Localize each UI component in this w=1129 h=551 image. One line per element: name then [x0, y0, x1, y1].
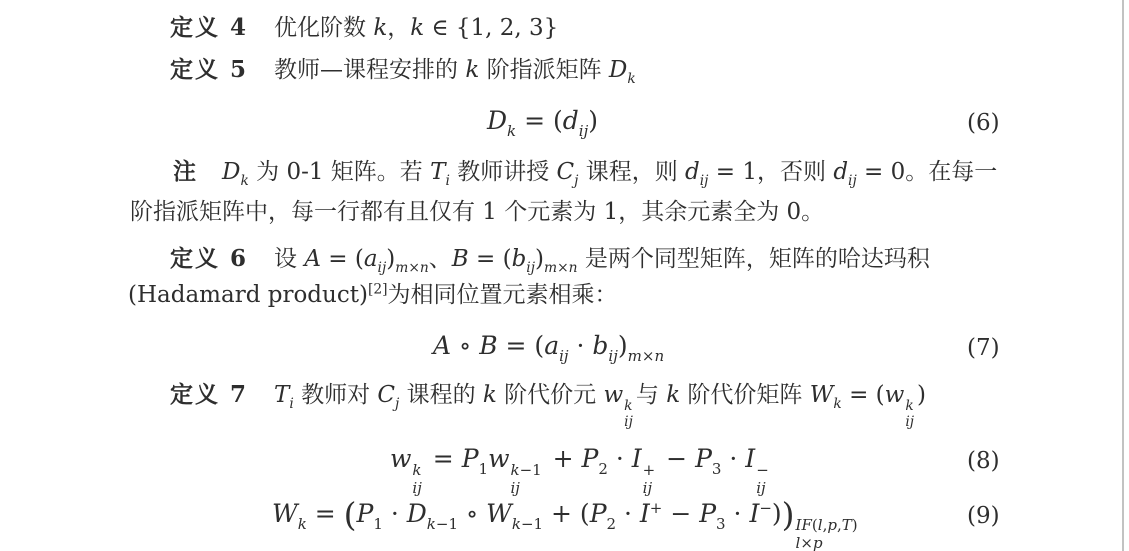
definition-6-label: 定义 6 [170, 245, 248, 272]
note-label: 注 [173, 158, 196, 185]
definition-6-line-1: 定义 6设 A = (aij)m×n、B = (bij)m×n 是两个同型矩阵，… [170, 242, 930, 276]
definition-4-label: 定义 4 [170, 14, 248, 41]
definition-7-line: 定义 7Ti 教师对 Cj 课程的 k 阶代价元 wkij与 k 阶代价矩阵 W… [170, 378, 926, 430]
note-text-1: Dk 为 0-1 矩阵。若 Ti 教师讲授 Cj 课程，则 dij = 1，否则… [222, 159, 997, 185]
equation-7-formula: A ∘ B = (aij · bij)m×n [433, 327, 664, 365]
equation-8-row: wkij = P1wk−1ij + P2 · I+ij − P3 · I−ij … [0, 440, 1129, 482]
note-paragraph-line-1: 注Dk 为 0-1 矩阵。若 Ti 教师讲授 Cj 课程，则 dij = 1，否… [173, 155, 997, 189]
paper-page: 定义 4优化阶数 k，k ∈ {1, 2, 3} 定义 5教师—课程安排的 k … [0, 0, 1129, 551]
equation-8-number: (8) [967, 442, 1000, 480]
definition-6-text-2: (Hadamard product)[2]为相同位置元素相乘： [128, 282, 617, 308]
equation-9-row: Wk = (P1 · Dk−1 ∘ Wk−1 + (P2 · I+ − P3 ·… [0, 495, 1129, 537]
definition-5-line: 定义 5教师—课程安排的 k 阶指派矩阵 Dk [170, 53, 636, 87]
definition-4-line: 定义 4优化阶数 k，k ∈ {1, 2, 3} [170, 11, 558, 45]
definition-6-text-1: 设 A = (aij)m×n、B = (bij)m×n 是两个同型矩阵，矩阵的哈… [274, 246, 930, 272]
definition-6-line-2: (Hadamard product)[2]为相同位置元素相乘： [128, 279, 617, 312]
definition-7-text: Ti 教师对 Cj 课程的 k 阶代价元 wkij与 k 阶代价矩阵 Wk = … [274, 382, 926, 408]
definition-5-text: 教师—课程安排的 k 阶指派矩阵 Dk [274, 57, 636, 83]
equation-8-formula: wkij = P1wk−1ij + P2 · I+ij − P3 · I−ij [390, 440, 772, 498]
note-text-2: 阶指派矩阵中，每一行都有且仅有 1 个元素为 1，其余元素全为 0。 [130, 199, 824, 225]
definition-4-text: 优化阶数 k，k ∈ {1, 2, 3} [274, 15, 558, 41]
definition-5-label: 定义 5 [170, 56, 248, 83]
page-edge-line [1122, 0, 1124, 551]
equation-9-formula: Wk = (P1 · Dk−1 ∘ Wk−1 + (P2 · I+ − P3 ·… [272, 495, 861, 551]
equation-6-formula: Dk = (dij) [487, 102, 598, 140]
equation-7-row: A ∘ B = (aij · bij)m×n (7) [0, 327, 1129, 369]
definition-7-label: 定义 7 [170, 381, 248, 408]
equation-6-number: (6) [967, 104, 1000, 142]
equation-6-row: Dk = (dij) (6) [0, 102, 1129, 144]
note-paragraph-line-2: 阶指派矩阵中，每一行都有且仅有 1 个元素为 1，其余元素全为 0。 [130, 196, 824, 229]
equation-9-number: (9) [967, 497, 1000, 535]
equation-7-number: (7) [967, 329, 1000, 367]
